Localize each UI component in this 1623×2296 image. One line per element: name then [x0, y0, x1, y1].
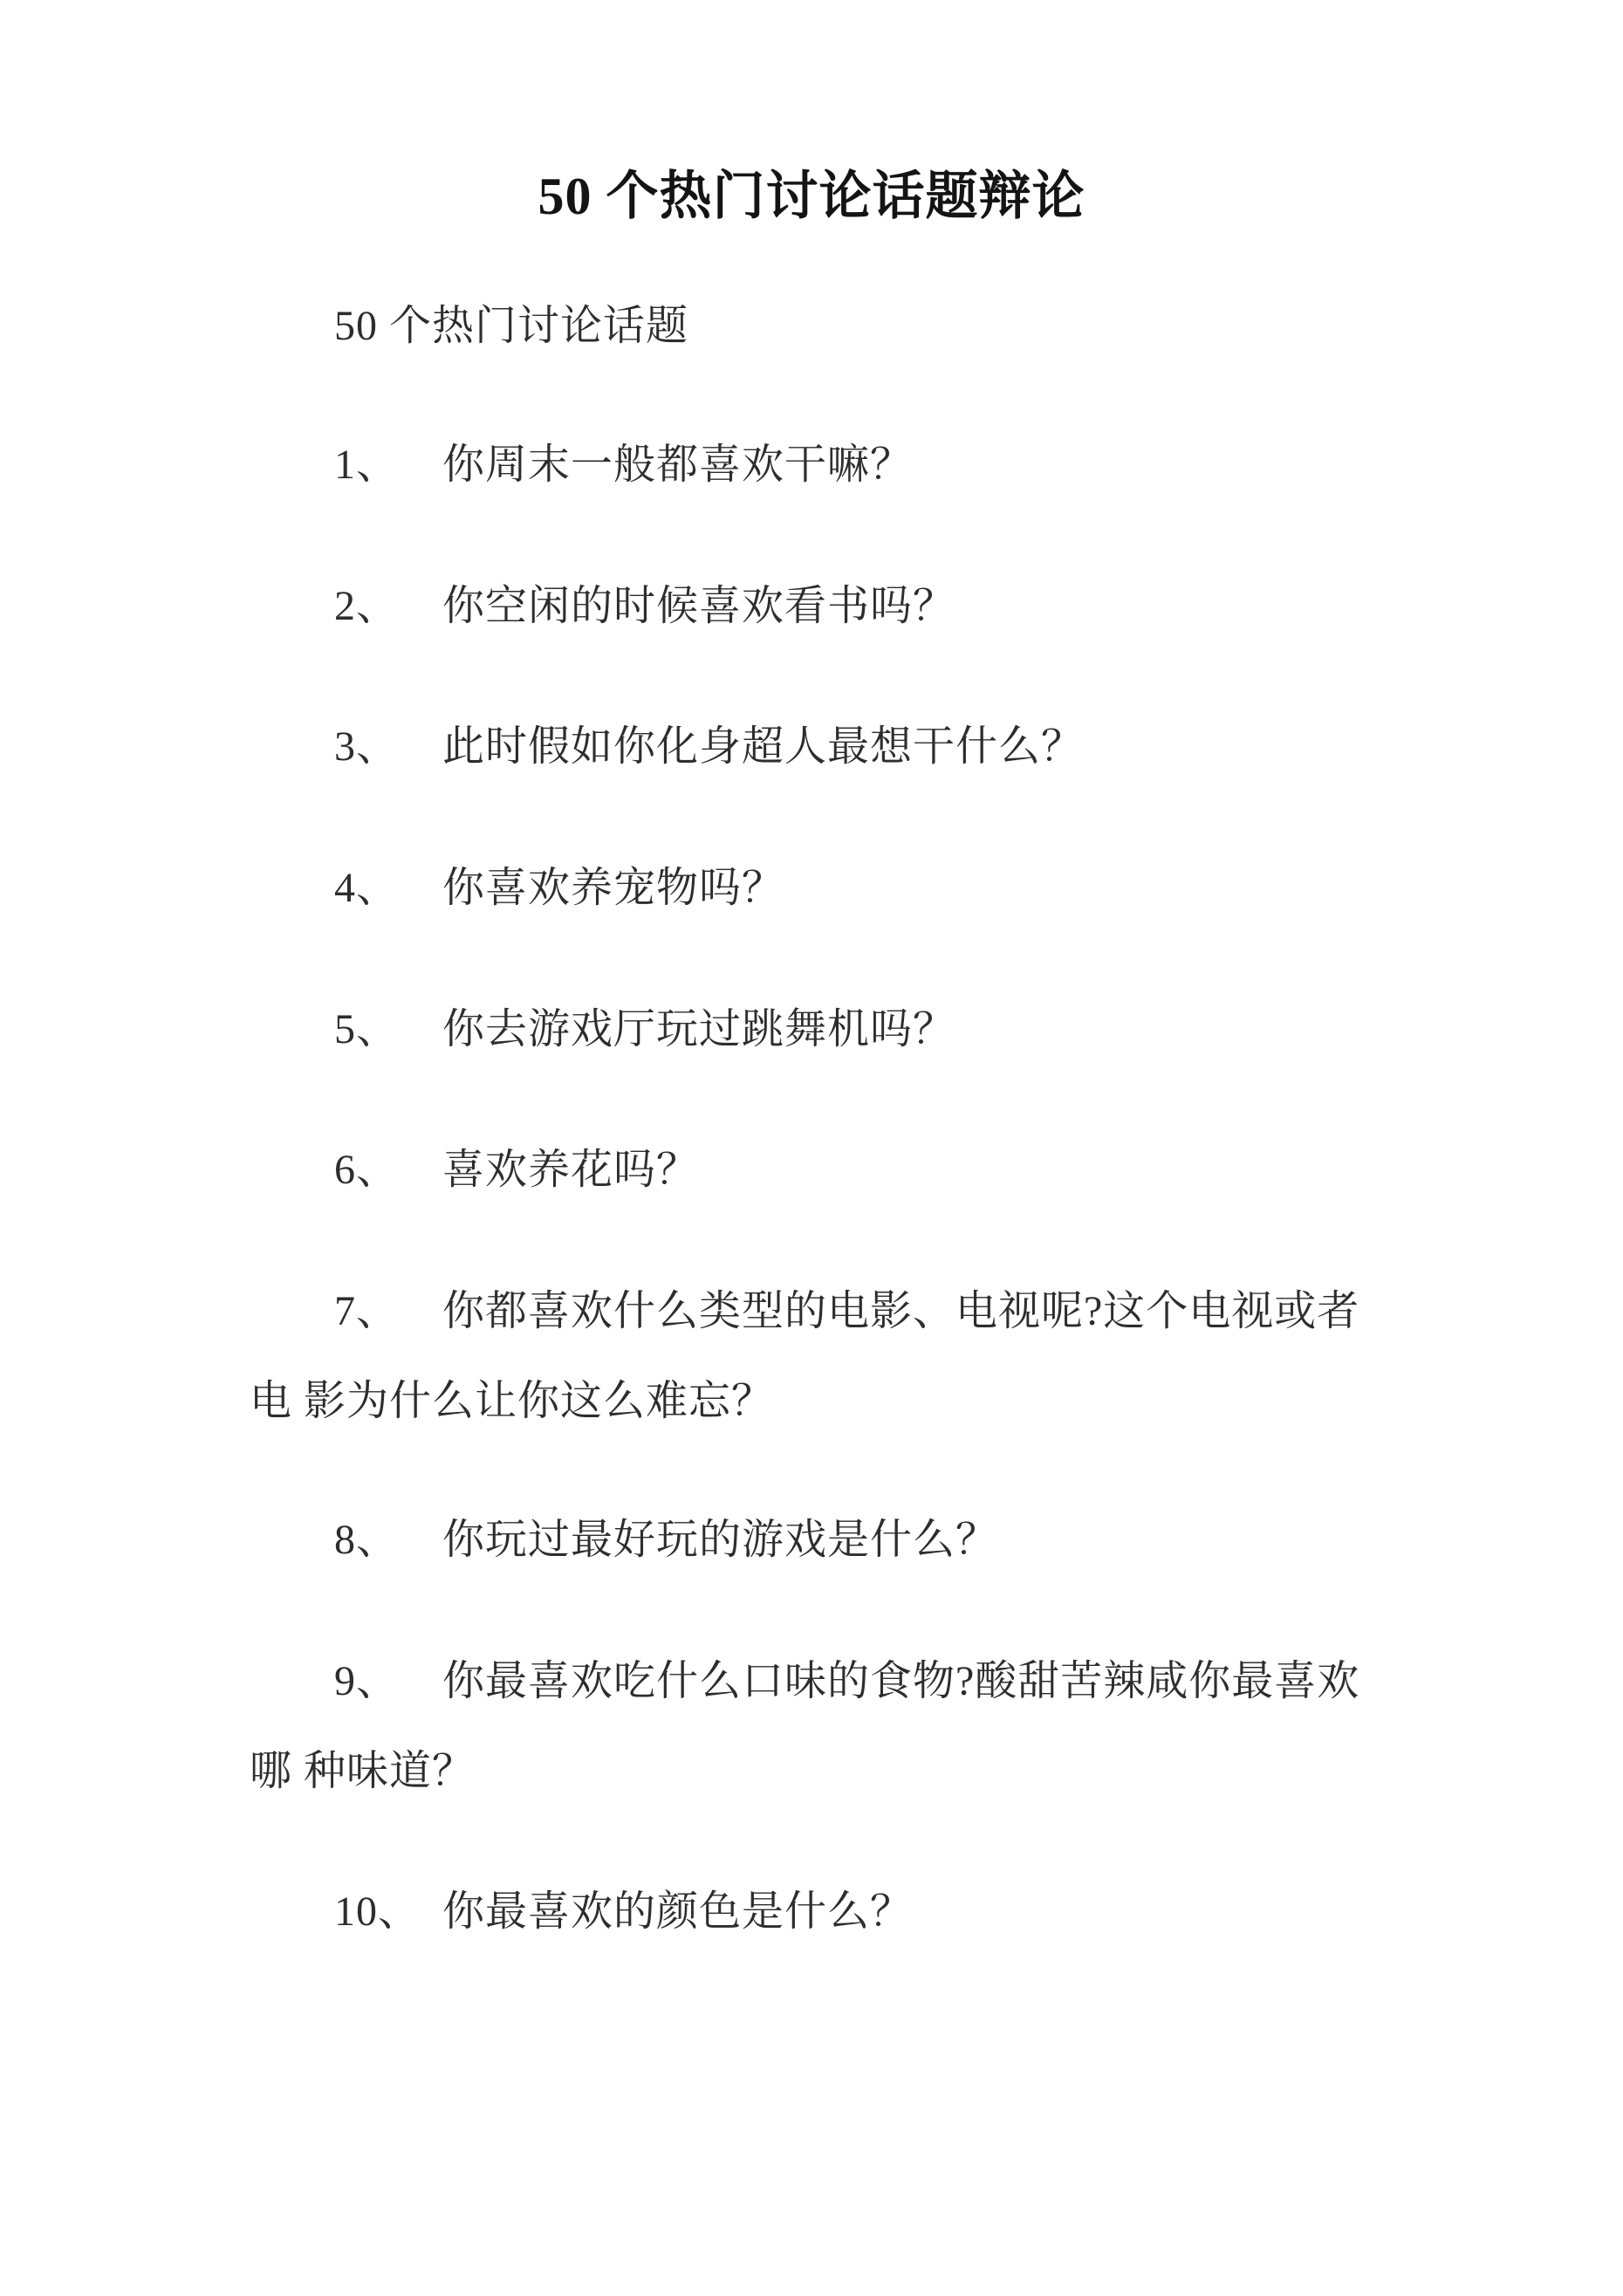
item-number: 6、	[334, 1125, 442, 1215]
item-number: 7、	[334, 1266, 442, 1356]
list-item-6: 6、喜欢养花吗？	[250, 1125, 1384, 1215]
item-text-line: 此时假如你化身超人最想干什么？	[442, 723, 1084, 770]
item-number: 9、	[334, 1636, 442, 1726]
item-number: 4、	[334, 843, 442, 933]
item-text-line: 喜欢养花吗？	[442, 1147, 699, 1193]
item-number: 1、	[334, 420, 442, 510]
list-item-8: 8、你玩过最好玩的游戏是什么？	[250, 1495, 1384, 1585]
list-item-4: 4、你喜欢养宠物吗？	[250, 843, 1384, 933]
list-item-2: 2、你空闲的时候喜欢看书吗？	[250, 561, 1384, 651]
item-text-line: 你最喜欢的颜色是什么？	[442, 1888, 913, 1935]
item-text-line: 你周末一般都喜欢干嘛？	[442, 442, 913, 488]
item-number: 8、	[334, 1495, 442, 1585]
item-text-line: 电 影为什么让你这么难忘？	[250, 1378, 774, 1424]
list-item-5: 5、你去游戏厅玩过跳舞机吗？	[250, 984, 1384, 1074]
item-number: 3、	[334, 702, 442, 792]
item-text-line: 哪 种味道？	[250, 1748, 475, 1794]
list-item-7: 7、你都喜欢什么类型的电影、电视呢?这个电视或者 电 影为什么让你这么难忘？	[250, 1266, 1384, 1446]
list-item-3: 3、此时假如你化身超人最想干什么？	[250, 702, 1384, 792]
item-text-line: 你玩过最好玩的游戏是什么？	[442, 1517, 998, 1563]
subtitle-text: 50 个热门讨论话题	[334, 303, 688, 349]
document-title: 50 个热门讨论话题辩论	[0, 159, 1623, 234]
list-item-1: 1、你周末一般都喜欢干嘛？	[250, 420, 1384, 510]
item-number: 2、	[334, 561, 442, 651]
item-text-line: 你去游戏厅玩过跳舞机吗？	[442, 1006, 955, 1052]
item-text-line: 你都喜欢什么类型的电影、电视呢?这个电视或者	[442, 1288, 1359, 1334]
item-text-line: 你最喜欢吃什么口味的食物?酸甜苦辣咸你最喜欢	[442, 1658, 1359, 1704]
list-item-9: 9、你最喜欢吃什么口味的食物?酸甜苦辣咸你最喜欢 哪 种味道？	[250, 1636, 1384, 1816]
item-number: 5、	[334, 984, 442, 1074]
item-number: 10、	[334, 1867, 442, 1957]
list-item-10: 10、你最喜欢的颜色是什么？	[250, 1867, 1384, 1957]
item-text-line: 你空闲的时候喜欢看书吗？	[442, 583, 955, 629]
item-text-line: 你喜欢养宠物吗？	[442, 865, 784, 911]
document-subtitle: 50 个热门讨论话题	[250, 281, 1384, 371]
document-page: 50 个热门讨论话题辩论 50 个热门讨论话题 1、你周末一般都喜欢干嘛？ 2、…	[0, 0, 1623, 2296]
